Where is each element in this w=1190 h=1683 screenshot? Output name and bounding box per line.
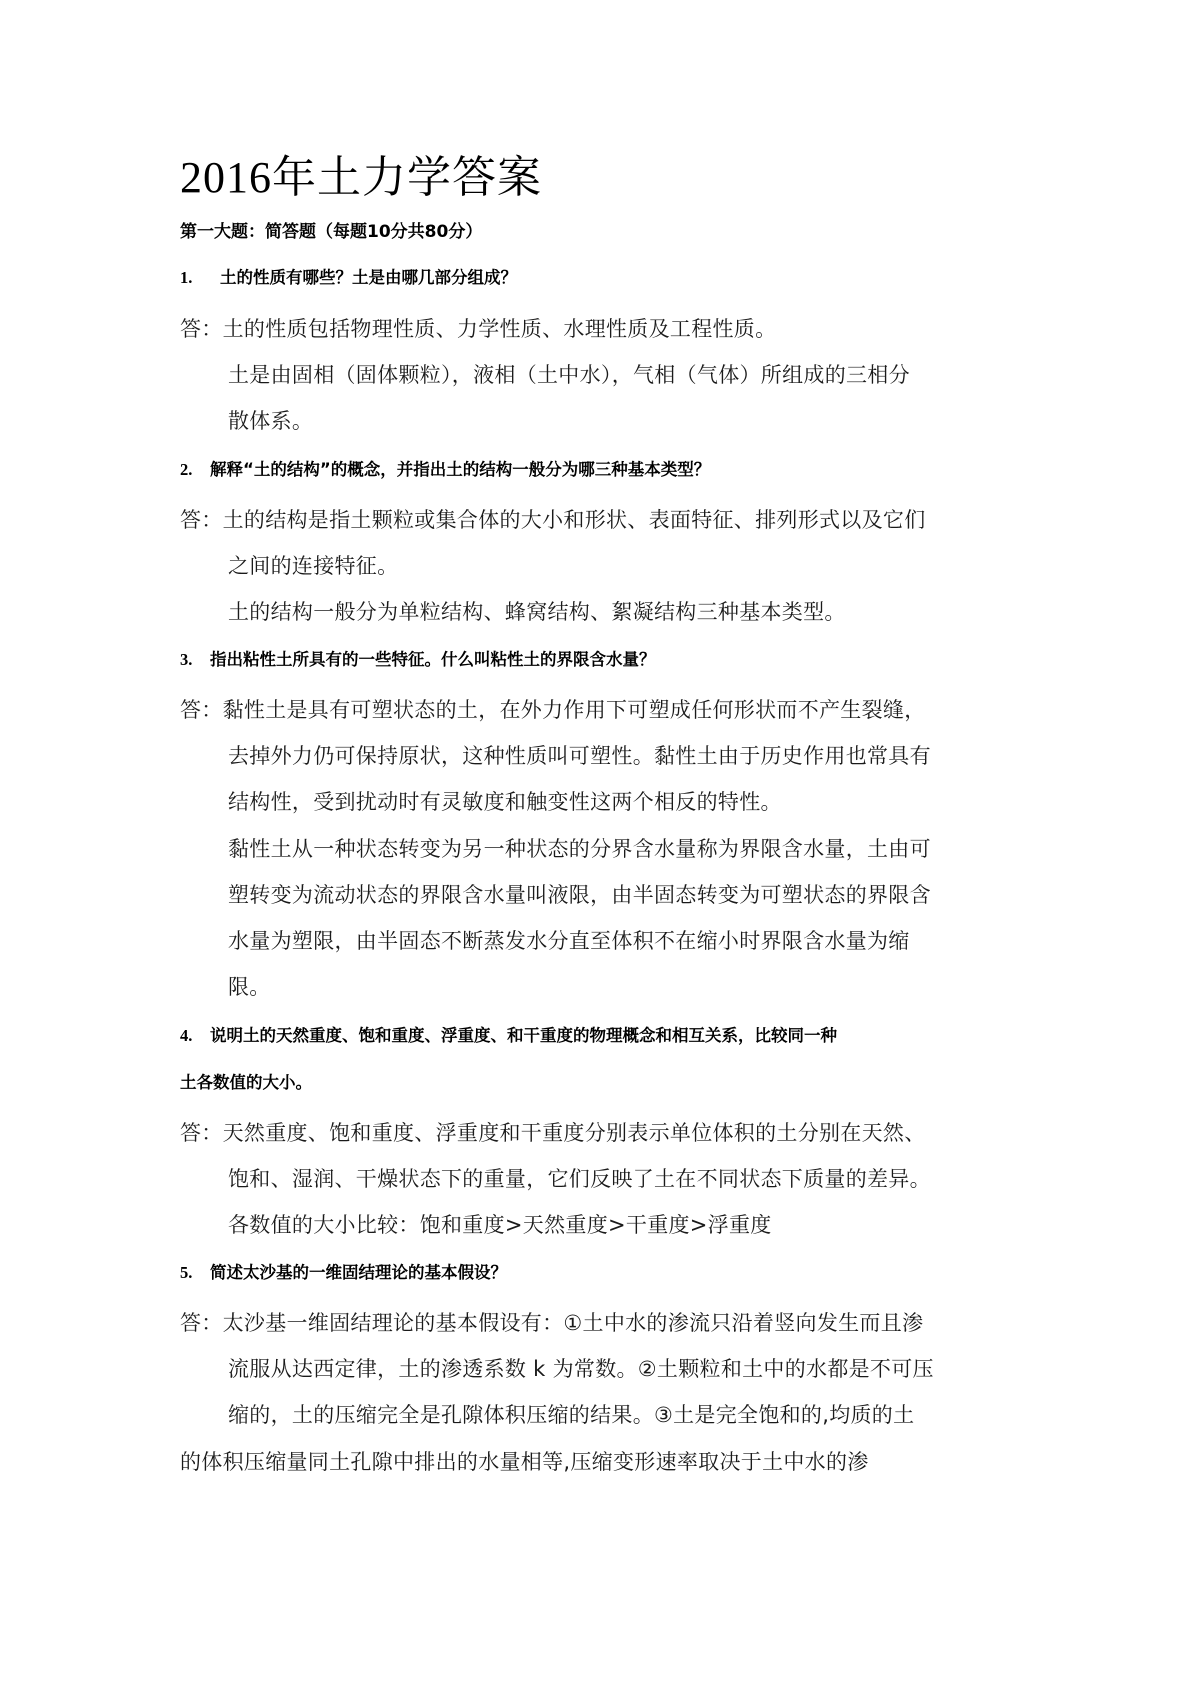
answer-3-line-4: 黏性土从一种状态转变为另一种状态的分界含水量称为界限含水量，土由可 [228,834,931,864]
question-3: 3.指出粘性土所具有的一些特征。什么叫粘性土的界限含水量？ [180,648,656,672]
question-4-line-2: 土各数值的大小。 [180,1071,312,1095]
answer-2-line-2: 之间的连接特征。 [228,551,398,581]
answer-3-line-5: 塑转变为流动状态的界限含水量叫液限，由半固态转变为可塑状态的界限含 [228,880,931,910]
answer-4-line-2: 饱和、湿润、干燥状态下的重量，它们反映了土在不同状态下质量的差异。 [228,1164,931,1194]
answer-1-line-3: 散体系。 [228,406,313,436]
answer-text: 土的结构是指土颗粒或集合体的大小和形状、表面特征、排列形式以及它们 [223,508,926,532]
question-2: 2.解释“土的结构”的概念，并指出土的结构一般分为哪三种基本类型？ [180,458,710,482]
answer-label: 答： [180,1311,223,1335]
answer-text: 土的性质包括物理性质、力学性质、水理性质及工程性质。 [223,317,777,341]
question-number: 3. [180,648,210,672]
question-number: 2. [180,458,210,482]
answer-text: 天然重度、饱和重度、浮重度和干重度分别表示单位体积的土分别在天然、 [223,1121,926,1145]
document-page: 2016年土力学答案 第一大题：简答题（每题10分共80分） 1.土的性质有哪些… [0,0,1190,1683]
question-text: 简述太沙基的一维固结理论的基本假设？ [210,1263,507,1282]
question-5: 5.简述太沙基的一维固结理论的基本假设？ [180,1261,507,1285]
question-number: 5. [180,1261,210,1285]
answer-2-line-1: 答：土的结构是指土颗粒或集合体的大小和形状、表面特征、排列形式以及它们 [180,505,926,535]
answer-5-line-2: 流服从达西定律，土的渗透系数 k 为常数。②土颗粒和土中的水都是不可压 [228,1354,934,1384]
answer-label: 答： [180,1121,223,1145]
answer-label: 答： [180,698,223,722]
document-title: 2016年土力学答案 [180,150,542,206]
section-heading: 第一大题：简答题（每题10分共80分） [180,220,482,244]
question-number: 4. [180,1024,210,1048]
answer-4-line-3: 各数值的大小比较：饱和重度>天然重度>干重度>浮重度 [228,1210,772,1240]
answer-2-line-3: 土的结构一般分为单粒结构、蜂窝结构、絮凝结构三种基本类型。 [228,597,846,627]
answer-5-line-4: 的体积压缩量同土孔隙中排出的水量相等,压缩变形速率取决于土中水的渗 [180,1447,869,1477]
question-4-line-1: 4.说明土的天然重度、饱和重度、浮重度、和干重度的物理概念和相互关系，比较同一种 [180,1024,837,1048]
question-text: 说明土的天然重度、饱和重度、浮重度、和干重度的物理概念和相互关系，比较同一种 [210,1026,837,1045]
question-number: 1. [180,266,220,290]
answer-text: 黏性土是具有可塑状态的土，在外力作用下可塑成任何形状而不产生裂缝， [223,698,926,722]
question-1: 1.土的性质有哪些？土是由哪几部分组成？ [180,266,517,290]
answer-4-line-1: 答：天然重度、饱和重度、浮重度和干重度分别表示单位体积的土分别在天然、 [180,1118,926,1148]
answer-1-line-1: 答：土的性质包括物理性质、力学性质、水理性质及工程性质。 [180,314,776,344]
question-text: 解释“土的结构”的概念，并指出土的结构一般分为哪三种基本类型？ [210,460,710,479]
answer-label: 答： [180,508,223,532]
answer-3-line-2: 去掉外力仍可保持原状，这种性质叫可塑性。黏性土由于历史作用也常具有 [228,741,931,771]
answer-1-line-2: 土是由固相（固体颗粒），液相（土中水），气相（气体）所组成的三相分 [228,360,910,390]
answer-3-line-7: 限。 [228,972,271,1002]
answer-5-line-3: 缩的，土的压缩完全是孔隙体积压缩的结果。③土是完全饱和的,均质的土 [228,1400,914,1430]
answer-5-line-1: 答：太沙基一维固结理论的基本假设有：①土中水的渗流只沿着竖向发生而且渗 [180,1308,923,1338]
answer-3-line-1: 答：黏性土是具有可塑状态的土，在外力作用下可塑成任何形状而不产生裂缝， [180,695,926,725]
answer-text: 太沙基一维固结理论的基本假设有：①土中水的渗流只沿着竖向发生而且渗 [223,1311,924,1335]
answer-label: 答： [180,317,223,341]
answer-3-line-3: 结构性，受到扰动时有灵敏度和触变性这两个相反的特性。 [228,787,782,817]
question-text: 土的性质有哪些？土是由哪几部分组成？ [220,268,517,287]
question-text: 指出粘性土所具有的一些特征。什么叫粘性土的界限含水量？ [210,650,656,669]
answer-3-line-6: 水量为塑限，由半固态不断蒸发水分直至体积不在缩小时界限含水量为缩 [228,926,910,956]
